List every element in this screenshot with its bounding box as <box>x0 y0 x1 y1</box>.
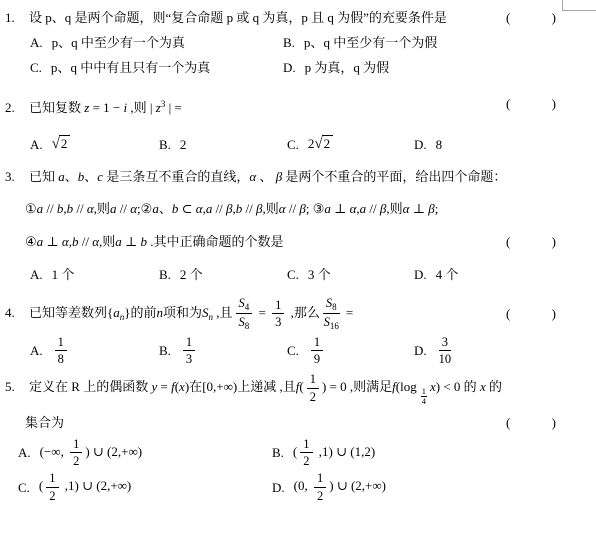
text: }的前 <box>124 305 156 320</box>
text: 则 <box>134 100 147 115</box>
math-text: 1 <box>186 335 192 349</box>
text: 、 <box>65 169 78 184</box>
option-label: C. <box>287 263 299 286</box>
option-d: D.p 为真，q 为假 <box>283 56 596 79</box>
question: 2.已知复数 z = 1 − i ,则 | z3 | =()A.√2B.2C.2… <box>5 93 596 156</box>
fraction-numerator: 1 <box>314 471 326 487</box>
math-text: 8 <box>245 321 250 331</box>
radicand: 2 <box>322 135 334 151</box>
option-label: A. <box>30 263 43 286</box>
text: 项和为 <box>163 305 202 320</box>
text: 设 <box>29 10 45 25</box>
option-label: C. <box>18 476 30 499</box>
text: 、 <box>57 60 70 75</box>
math-text: (log <box>396 379 417 394</box>
math-text: 2 <box>49 489 55 503</box>
fraction-numerator: 1 <box>55 335 67 351</box>
fraction-denominator: S16 <box>323 314 340 331</box>
fraction: 18 <box>55 335 67 367</box>
option-text: p、q 中至少有一个为假 <box>304 31 437 54</box>
question-number: 2. <box>5 97 29 119</box>
bracket-open: ( <box>506 412 510 434</box>
text: 中中有且只有一个为真 <box>77 60 210 75</box>
option-text: 3 个 <box>308 263 331 286</box>
option-a: A.(−∞, 12) ∪ (2,+∞) <box>18 437 272 469</box>
option-d: D.8 <box>414 132 596 156</box>
math-text: // <box>78 234 92 249</box>
fraction-numerator: S4 <box>236 296 253 314</box>
option-label: D. <box>414 339 427 362</box>
fraction-numerator: 1 <box>70 437 82 453</box>
option-text: p、q 中中有且只有一个为真 <box>51 56 210 79</box>
fraction-denominator: 4 <box>421 397 427 406</box>
math-text: ⊥ <box>43 234 62 249</box>
math-text: 8 <box>58 352 64 366</box>
text: ③ <box>309 201 324 216</box>
question-stem-line: 4.已知等差数列{an}的前n项和为Sn ,且S4S8 = 13 ,那么S8S1… <box>5 296 596 332</box>
fraction-denominator: 9 <box>311 351 323 366</box>
math-text: 3 <box>275 315 281 329</box>
subscript: 8 <box>245 321 250 331</box>
text: 则 <box>97 201 110 216</box>
fraction-numerator: 1 <box>46 471 58 487</box>
option-text: 18 <box>52 335 70 367</box>
answer-bracket: () <box>506 93 556 115</box>
math-text: 3 <box>308 267 318 282</box>
option-b: B.13 <box>159 335 287 367</box>
math-text: ,1) ∪ (2,+∞) <box>62 478 132 493</box>
option-label: D. <box>272 476 285 499</box>
text: 、 <box>84 169 97 184</box>
option-label: B. <box>283 31 295 54</box>
math-text: 2 <box>310 390 316 404</box>
fraction-denominator: 2 <box>70 453 82 468</box>
option-label: B. <box>159 133 171 156</box>
math-text: = 1 − <box>89 100 123 115</box>
option-b: B.(12 ,1) ∪ (1,2) <box>272 437 596 469</box>
bracket-close: ) <box>552 7 556 29</box>
bracket-open: ( <box>506 93 510 115</box>
math-text: ⊂ <box>178 201 195 216</box>
text: 已知等差数列{ <box>29 305 113 320</box>
radical-icon: √ <box>314 136 321 152</box>
math-text: ( <box>293 444 297 459</box>
option-c: C.19 <box>287 335 414 367</box>
option-row: A.18B.13C.19D.310 <box>5 335 596 367</box>
bracket-open: ( <box>506 7 510 29</box>
fraction-denominator: 3 <box>272 314 284 329</box>
question-stem-line: 集合为() <box>5 412 596 434</box>
fraction: S8S16 <box>323 296 340 332</box>
math-text: 2 <box>73 454 79 468</box>
text: 且 <box>283 379 296 394</box>
text: 在 <box>189 379 202 394</box>
exam-page: 1.设 p、q 是两个命题，则“复合命题 p 或 q 为真，p 且 q 为假”的… <box>0 0 596 547</box>
question: 1.设 p、q 是两个命题，则“复合命题 p 或 q 为真，p 且 q 为假”的… <box>5 7 596 79</box>
text: 、 <box>256 169 276 184</box>
math-text: 1 <box>303 437 309 451</box>
math-text: 2 <box>180 137 187 152</box>
math-text: | = <box>165 100 181 115</box>
option-c: C.2√2 <box>287 132 414 156</box>
math-text: ) < 0 <box>436 379 461 394</box>
fraction: 13 <box>272 298 284 330</box>
option-text: 2 个 <box>180 263 203 286</box>
answer-bracket: () <box>506 230 556 254</box>
question-stem-line: 1.设 p、q 是两个命题，则“复合命题 p 或 q 为真，p 且 q 为假”的… <box>5 7 596 29</box>
option-a: A.18 <box>30 335 159 367</box>
bracket-close: ) <box>552 412 556 434</box>
math-text: 10 <box>439 352 452 366</box>
text: 个 <box>190 267 203 282</box>
question-number: 4. <box>5 302 29 324</box>
text: 则 <box>390 201 403 216</box>
text: 、 <box>310 35 323 50</box>
option-label: C. <box>287 133 299 156</box>
question-list: 1.设 p、q 是两个命题，则“复合命题 p 或 q 为真，p 且 q 为假”的… <box>5 7 596 503</box>
math-text: // <box>366 201 380 216</box>
text: 或 <box>233 10 253 25</box>
option-text: 2√2 <box>308 132 333 156</box>
option-row: A.(−∞, 12) ∪ (2,+∞)B.(12 ,1) ∪ (1,2) <box>5 437 596 469</box>
stem-text: 已知复数 z = 1 − i ,则 | z3 | = <box>29 100 182 115</box>
math-text: 2 <box>180 267 190 282</box>
bracket-close: ) <box>552 230 556 254</box>
text: 且 <box>220 305 233 320</box>
math-text: 2 <box>303 454 309 468</box>
fraction-denominator: 2 <box>46 488 58 503</box>
question-number: 5. <box>5 376 29 398</box>
text: 则 <box>266 201 279 216</box>
fraction-numerator: 1 <box>307 372 319 388</box>
math-text: // <box>73 201 87 216</box>
option-c: C.p、q 中中有且只有一个为真 <box>30 56 283 79</box>
text: 为假 <box>360 60 389 75</box>
text: ① <box>25 201 37 216</box>
math-text: 1 <box>310 372 316 386</box>
math-text: 2 <box>61 136 68 151</box>
question: 5.定义在 R 上的偶函数 y = f(x)在[0,+∞)上递减 ,且f(12)… <box>5 372 596 503</box>
fraction: 19 <box>311 335 323 367</box>
question-stem-line: 2.已知复数 z = 1 − i ,则 | z3 | =() <box>5 93 596 119</box>
option-text: p、q 中至少有一个为真 <box>52 31 185 54</box>
math-text: // <box>242 201 256 216</box>
math-text: 2 <box>324 136 331 151</box>
text: 已知 <box>29 169 58 184</box>
fraction: 12 <box>46 471 58 503</box>
option-a: A.√2 <box>30 132 159 156</box>
subscript: 4 <box>245 302 250 312</box>
math-variable: α <box>92 234 99 249</box>
math-variable: α <box>279 201 286 216</box>
option-text: (−∞, 12) ∪ (2,+∞) <box>40 437 142 469</box>
math-text: 1 <box>422 386 426 396</box>
math-variable: α <box>87 201 94 216</box>
option-b: B.p、q 中至少有一个为假 <box>283 31 596 54</box>
fraction: 12 <box>307 372 319 404</box>
question: 3.已知 a、b、c 是三条互不重合的直线，α 、 β 是两个不重合的平面，给出… <box>5 166 596 286</box>
math-text: 1 <box>58 335 64 349</box>
math-text: 9 <box>314 352 320 366</box>
text: 、 <box>58 35 71 50</box>
radicand: 2 <box>59 135 71 151</box>
question-number: 3. <box>5 166 29 188</box>
math-variable: α <box>130 201 137 216</box>
question-number: 1. <box>5 7 29 29</box>
math-text: 8 <box>332 302 337 312</box>
text: 的 <box>460 379 480 394</box>
text: 为真， <box>259 10 301 25</box>
question-stem-line: ①a // b,b // α,则a // α;②a、b ⊂ α,a // β,b… <box>5 197 596 221</box>
text: 集合为 <box>25 415 64 430</box>
option-text: √2 <box>52 132 71 156</box>
math-text: 16 <box>330 321 339 331</box>
option-label: D. <box>414 263 427 286</box>
square-root: √2 <box>314 132 333 156</box>
fraction-denominator: 2 <box>314 488 326 503</box>
question-stem-line: 5.定义在 R 上的偶函数 y = f(x)在[0,+∞)上递减 ,且f(12)… <box>5 372 596 406</box>
option-d: D.(0, 12) ∪ (2,+∞) <box>272 471 596 503</box>
question-stem-line: ④a ⊥ α,b // α,则a ⊥ b .其中正确命题的个数是() <box>5 230 596 254</box>
text: 则 <box>102 234 115 249</box>
option-row: A.p、q 中至少有一个为真B.p、q 中至少有一个为假 <box>5 31 596 54</box>
fraction: 310 <box>439 335 452 367</box>
option-text: 1 个 <box>52 263 75 286</box>
math-text: // <box>286 201 300 216</box>
math-text: 1 <box>317 471 323 485</box>
stem-text: 定义在 R 上的偶函数 y = f(x)在[0,+∞)上递减 ,且f(12) =… <box>29 379 502 394</box>
math-text: ⊥ <box>122 234 141 249</box>
fraction-numerator: 1 <box>272 298 284 314</box>
option-text: 4 个 <box>436 263 459 286</box>
radical-icon: √ <box>52 136 59 152</box>
math-text: 4 <box>422 396 426 406</box>
math-text: ⊥ <box>331 201 350 216</box>
math-text: (−∞, <box>40 444 67 459</box>
fraction-denominator: S8 <box>236 314 253 331</box>
math-text: = <box>255 305 269 320</box>
option-d: D.310 <box>414 335 596 367</box>
option-row: A.√2B.2C.2√2D.8 <box>5 132 596 156</box>
math-text: ( <box>39 478 43 493</box>
stem-text: ④a ⊥ α,b // α,则a ⊥ b .其中正确命题的个数是 <box>25 234 284 249</box>
fraction-numerator: 1 <box>183 335 195 351</box>
text: 且 <box>308 10 328 25</box>
bracket-close: ) <box>552 303 556 325</box>
fraction-numerator: 3 <box>439 335 452 351</box>
math-text: 4 <box>436 267 446 282</box>
answer-bracket: () <box>506 303 556 325</box>
stem-text: 集合为 <box>25 415 64 430</box>
option-label: B. <box>159 339 171 362</box>
option-text: 310 <box>436 335 455 367</box>
option-label: B. <box>159 263 171 286</box>
stem-text: 已知等差数列{an}的前n项和为Sn ,且S4S8 = 13 ,那么S8S16 … <box>29 305 353 320</box>
option-text: 13 <box>180 335 198 367</box>
math-text: 2 <box>317 489 323 503</box>
text: ② <box>141 201 153 216</box>
option-label: B. <box>272 441 284 464</box>
option-text: 8 <box>436 133 443 156</box>
math-text: ⊥ <box>409 201 428 216</box>
math-text: ( <box>299 379 303 394</box>
fraction-denominator: 2 <box>300 453 312 468</box>
option-row: C.p、q 中中有且只有一个为真D.p 为真，q 为假 <box>5 56 596 79</box>
option-label: A. <box>30 133 43 156</box>
text: 是两个命题，则“复合命题 <box>71 10 226 25</box>
option-text: (0, 12) ∪ (2,+∞) <box>294 471 386 503</box>
text: 中至少有一个为真 <box>78 35 185 50</box>
text: 上的偶函数 <box>80 379 152 394</box>
text: 那么 <box>294 305 320 320</box>
bracket-open: ( <box>506 303 510 325</box>
option-row: C.(12 ,1) ∪ (2,+∞)D.(0, 12) ∪ (2,+∞) <box>5 471 596 503</box>
fraction-denominator: 10 <box>439 351 452 366</box>
fraction: 12 <box>314 471 326 503</box>
math-text: (0, <box>294 478 311 493</box>
stem-text: 设 p、q 是两个命题，则“复合命题 p 或 q 为真，p 且 q 为假”的充要… <box>29 10 447 25</box>
bracket-open: ( <box>506 230 510 254</box>
text: 、 <box>52 10 65 25</box>
math-text: ) ∪ (2,+∞) <box>85 444 142 459</box>
math-text: ) ∪ (2,+∞) <box>329 478 386 493</box>
option-text: (12 ,1) ∪ (1,2) <box>293 437 375 469</box>
option-text: (12 ,1) ∪ (2,+∞) <box>39 471 131 503</box>
option-label: A. <box>18 441 31 464</box>
bracket-close: ) <box>552 93 556 115</box>
option-b: B.2 <box>159 132 287 156</box>
math-text: 1 <box>49 471 55 485</box>
math-text: ) = 0 , <box>322 379 353 394</box>
text: 个 <box>445 267 458 282</box>
math-text: 1 <box>275 298 281 312</box>
text: 、 <box>159 201 172 216</box>
math-text: 8 <box>436 137 443 152</box>
text: 上递减 <box>237 379 276 394</box>
stem-text: 已知 a、b、c 是三条互不重合的直线，α 、 β 是两个不重合的平面，给出四个… <box>29 169 506 184</box>
option-text: 2 <box>180 133 187 156</box>
text: 为假”的充要条件是 <box>334 10 447 25</box>
option-text: p 为真，q 为假 <box>305 56 390 79</box>
math-text: 3 <box>442 335 448 349</box>
math-text: | <box>147 100 156 115</box>
math-variable: α <box>196 201 203 216</box>
option-c: C.(12 ,1) ∪ (2,+∞) <box>18 471 272 503</box>
option-label: D. <box>414 133 427 156</box>
text: 则满足 <box>353 379 392 394</box>
option-label: A. <box>30 339 43 362</box>
fraction-denominator: 3 <box>183 351 195 366</box>
text: 定义在 <box>29 379 71 394</box>
fraction: 12 <box>70 437 82 469</box>
math-text: // <box>116 201 130 216</box>
math-text: 4 <box>245 302 250 312</box>
option-label: C. <box>30 56 42 79</box>
math-text: [0,+∞) <box>202 379 237 394</box>
text: 是两个不重合的平面，给出四个命题： <box>282 169 506 184</box>
option-b: B.2 个 <box>159 263 287 286</box>
text: 已知复数 <box>29 100 84 115</box>
text: 是三条互不重合的直线， <box>103 169 249 184</box>
square-root: √2 <box>52 132 71 156</box>
text: 其中正确命题的个数是 <box>154 234 284 249</box>
fraction-denominator: 8 <box>55 351 67 366</box>
question-stem-line: 3.已知 a、b、c 是三条互不重合的直线，α 、 β 是两个不重合的平面，给出… <box>5 166 596 188</box>
math-text: = <box>343 305 354 320</box>
fraction: 12 <box>300 437 312 469</box>
stem-text: ①a // b,b // α,则a // α;②a、b ⊂ α,a // β,b… <box>25 201 438 216</box>
math-text: 3 <box>186 352 192 366</box>
answer-bracket: () <box>506 7 556 29</box>
option-a: A.p、q 中至少有一个为真 <box>30 31 283 54</box>
math-variable: α <box>62 234 69 249</box>
math-text: ; <box>435 201 439 216</box>
option-label: D. <box>283 56 296 79</box>
math-text: ,1) ∪ (1,2) <box>316 444 376 459</box>
fraction-denominator: 2 <box>307 389 319 404</box>
answer-bracket: () <box>506 412 556 434</box>
option-label: C. <box>287 339 299 362</box>
text: ④ <box>25 234 37 249</box>
option-a: A.1 个 <box>30 263 159 286</box>
option-d: D.4 个 <box>414 263 596 286</box>
text: 中至少有一个为假 <box>330 35 437 50</box>
fraction: S4S8 <box>236 296 253 332</box>
option-text: 19 <box>308 335 326 367</box>
subscript: 16 <box>330 321 339 331</box>
fraction-numerator: S8 <box>323 296 340 314</box>
option-c: C.3 个 <box>287 263 414 286</box>
question: 4.已知等差数列{an}的前n项和为Sn ,且S4S8 = 13 ,那么S8S1… <box>5 296 596 366</box>
fraction: 13 <box>183 335 195 367</box>
math-text: = <box>157 379 171 394</box>
fraction-numerator: 1 <box>311 335 323 351</box>
subscript: 8 <box>332 302 337 312</box>
math-text: 1 <box>52 267 62 282</box>
option-label: A. <box>30 31 43 54</box>
fraction: 14 <box>421 387 427 407</box>
math-text: // <box>43 201 57 216</box>
text: 为真， <box>311 60 353 75</box>
text: 个 <box>61 267 74 282</box>
math-text: // <box>212 201 226 216</box>
option-row: A.1 个B.2 个C.3 个D.4 个 <box>5 263 596 286</box>
math-text: R <box>71 379 80 394</box>
text: 个 <box>318 267 331 282</box>
math-text: 1 <box>73 437 79 451</box>
math-text: 1 <box>314 335 320 349</box>
fraction-numerator: 1 <box>300 437 312 453</box>
text: 的 <box>486 379 502 394</box>
